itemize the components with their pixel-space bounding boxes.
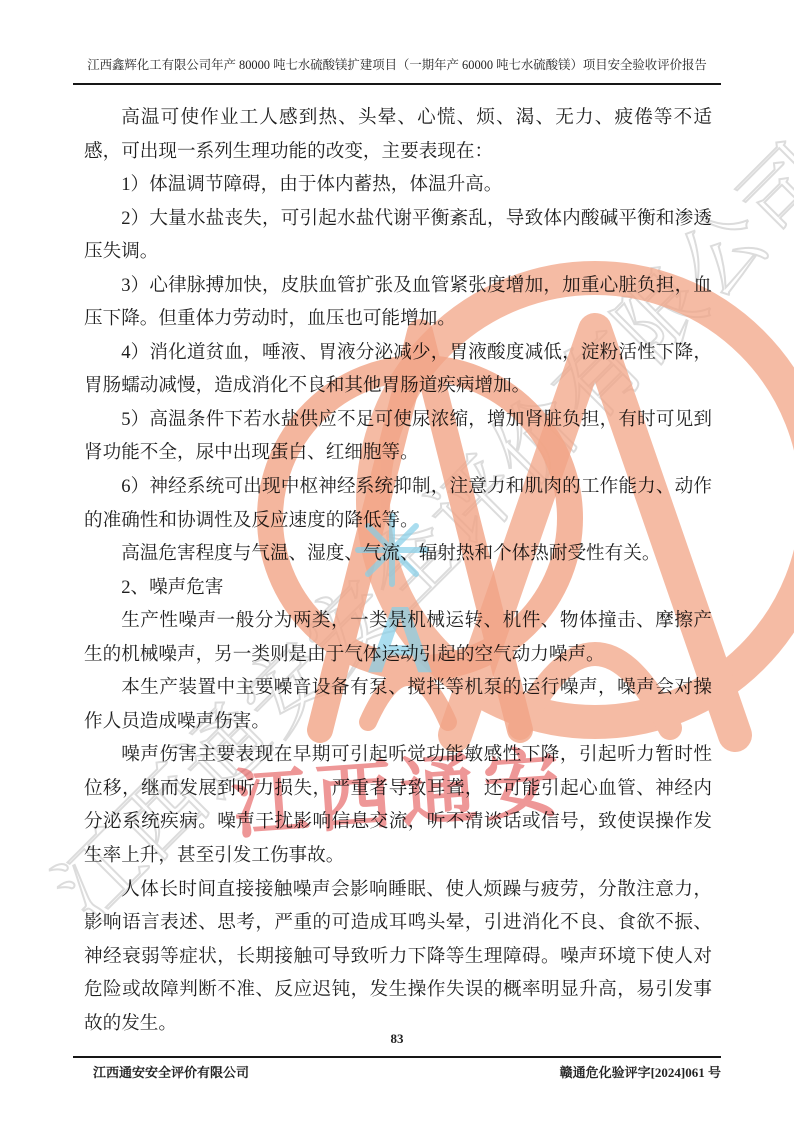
page-number: 83	[0, 1031, 794, 1047]
paragraph-noise-3: 噪声伤害主要表现在早期可引起听觉功能敏感性下降，引起听力暂时性位移，继而发展到听…	[84, 738, 712, 872]
report-title: 江西鑫辉化工有限公司年产 80000 吨七水硫酸镁扩建项目（一期年产 60000…	[87, 58, 707, 72]
paragraph-noise-1: 生产性噪声一般分为两类，一类是机械运转、机件、物体撞击、摩擦产生的机械噪声，另一…	[84, 604, 712, 671]
document-page: 江西鑫辉化工有限公司年产 80000 吨七水硫酸镁扩建项目（一期年产 60000…	[0, 0, 794, 1123]
paragraph-noise-4: 人体长时间直接接触噪声会影响睡眠、使人烦躁与疲劳，分散注意力，影响语言表述、思考…	[84, 873, 712, 1041]
paragraph-intro: 高温可使作业工人感到热、头晕、心慌、烦、渴、无力、疲倦等不适感，可出现一系列生理…	[84, 101, 712, 168]
page-footer: 江西通安安全评价有限公司 赣通危化验评字[2024]061 号	[73, 1062, 721, 1081]
body-text: 高温可使作业工人感到热、头晕、心慌、烦、渴、无力、疲倦等不适感，可出现一系列生理…	[84, 101, 712, 1040]
paragraph-noise-2: 本生产装置中主要噪音设备有泵、搅拌等机泵的运行噪声，噪声会对操作人员造成噪声伤害…	[84, 671, 712, 738]
paragraph-item-2: 2）大量水盐丧失，可引起水盐代谢平衡紊乱，导致体内酸碱平衡和渗透压失调。	[84, 202, 712, 269]
paragraph-item-3: 3）心律脉搏加快，皮肤血管扩张及血管紧张度增加，加重心脏负担，血压下降。但重体力…	[84, 269, 712, 336]
paragraph-item-1: 1）体温调节障碍，由于体内蓄热，体温升高。	[84, 168, 712, 202]
footer-divider	[73, 1056, 721, 1058]
paragraph-item-4: 4）消化道贫血，唾液、胃液分泌减少，胃液酸度减低，淀粉活性下降，胃肠蠕动减慢，造…	[84, 336, 712, 403]
footer-doc-number: 赣通危化验评字[2024]061 号	[560, 1062, 721, 1081]
paragraph-item-5: 5）高温条件下若水盐供应不足可使尿浓缩，增加肾脏负担，有时可见到肾功能不全，尿中…	[84, 403, 712, 470]
section-heading-noise: 2、噪声危害	[84, 571, 712, 605]
paragraph-summary: 高温危害程度与气温、湿度、气流、辐射热和个体热耐受性有关。	[84, 537, 712, 571]
page-header-title: 江西鑫辉化工有限公司年产 80000 吨七水硫酸镁扩建项目（一期年产 60000…	[73, 57, 721, 85]
paragraph-item-6: 6）神经系统可出现中枢神经系统抑制，注意力和肌肉的工作能力、动作的准确性和协调性…	[84, 470, 712, 537]
footer-company-name: 江西通安安全评价有限公司	[73, 1062, 249, 1081]
